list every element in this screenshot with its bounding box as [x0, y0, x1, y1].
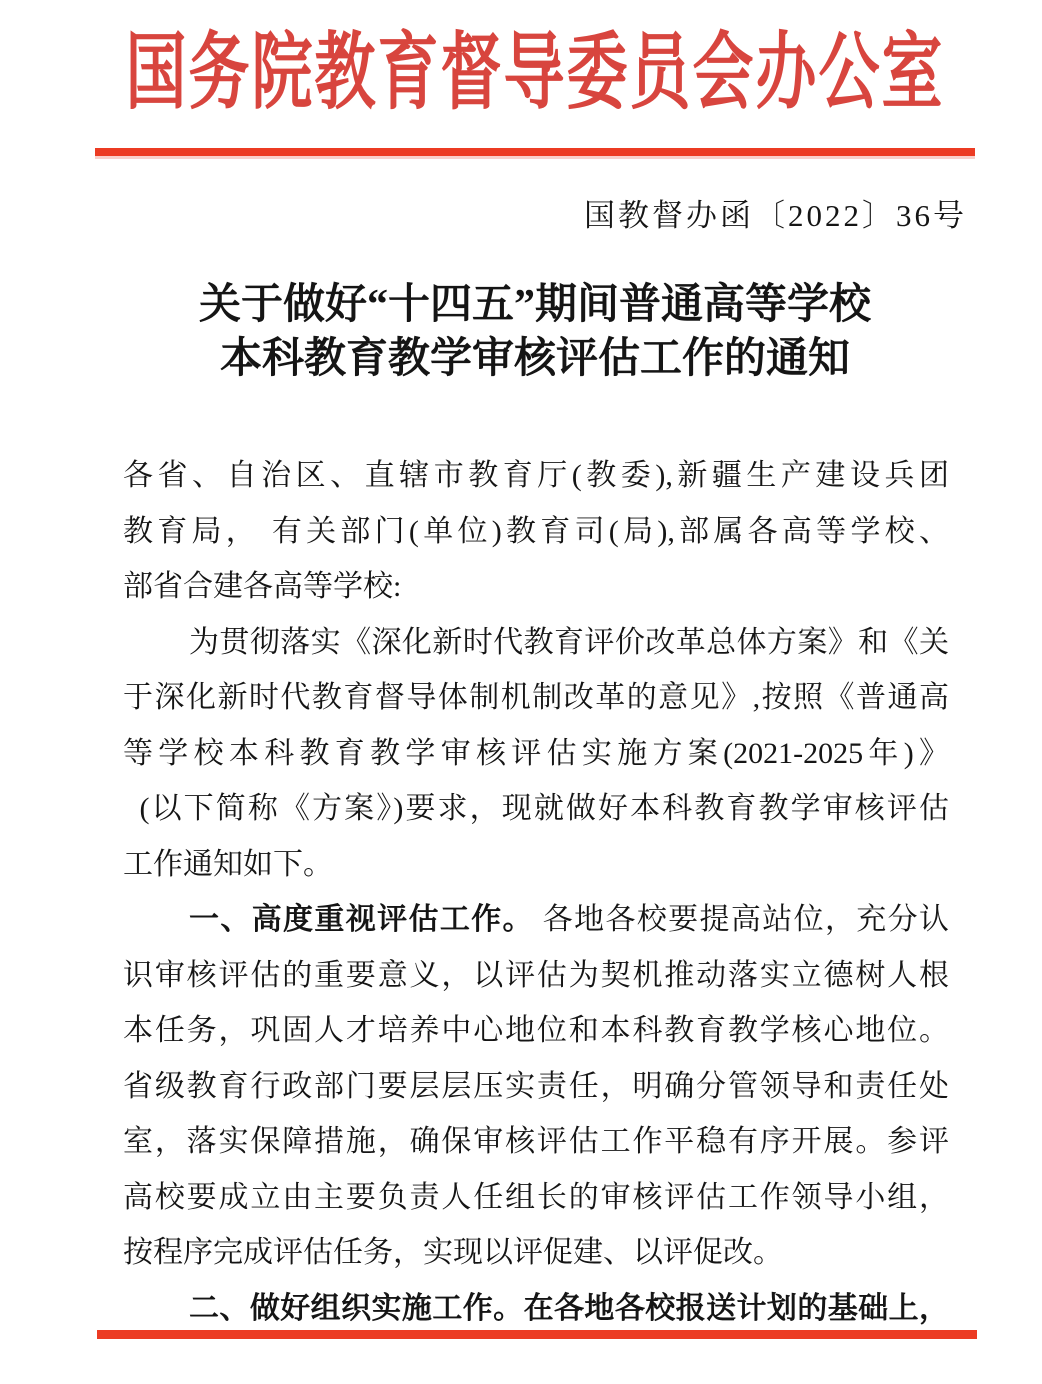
section-heading-text: 二、做好组织实施工作。在各地各校报送计划的基础上， — [189, 1292, 949, 1325]
body-line: 为贯彻落实《深化新时代教育评价改革总体方案》和《关 — [123, 615, 949, 671]
body-text: 各地各校要提高站位，充分认 — [534, 903, 949, 936]
body-line: 识审核评估的重要意义，以评估为契机推动落实立德树人根 — [123, 948, 949, 1004]
doc-number: 国教督办函〔2022〕36号 — [95, 196, 967, 236]
body-line: 一、高度重视评估工作。 各地各校要提高站位，充分认 — [123, 892, 949, 948]
notice-title-line1: 关于做好“十四五”期间普通高等学校 — [95, 278, 975, 332]
letterhead-title: 国务院教育督导委员会办公室 — [125, 0, 944, 159]
body-text: 按程序完成评估任务，实现以评促建、以评促改。 — [123, 1236, 783, 1269]
body-line: (以下简称《方案》)要求，现就做好本科教育教学审核评估 — [123, 781, 949, 837]
body-line: 室，落实保障措施，确保审核评估工作平稳有序开展。参评 — [123, 1114, 949, 1170]
body-text: 部省合建各高等学校: — [123, 570, 401, 603]
body-text: 为贯彻落实《深化新时代教育评价改革总体方案》和《关 — [189, 626, 949, 659]
body-line: 二、做好组织实施工作。在各地各校报送计划的基础上， — [123, 1281, 949, 1337]
notice-title: 关于做好“十四五”期间普通高等学校 本科教育教学审核评估工作的通知 — [95, 278, 975, 386]
body-text: 各省、自治区、直辖市教育厅(教委),新疆生产建设兵团 — [123, 459, 949, 492]
body-text: 工作通知如下。 — [123, 848, 333, 881]
body-line: 教育局， 有关部门(单位)教育司(局),部属各高等学校、 — [123, 504, 949, 560]
body-line: 省级教育行政部门要层层压实责任，明确分管领导和责任处 — [123, 1059, 949, 1115]
header-separator-line — [95, 148, 975, 156]
body-text: 等学校本科教育教学审核评估实施方案(2021-2025年)》 — [123, 737, 949, 770]
body-line: 等学校本科教育教学审核评估实施方案(2021-2025年)》 — [123, 726, 949, 782]
body-line: 工作通知如下。 — [123, 837, 949, 893]
body-text: 省级教育行政部门要层层压实责任，明确分管领导和责任处 — [123, 1070, 949, 1103]
body-text: 室，落实保障措施，确保审核评估工作平稳有序开展。参评 — [123, 1125, 949, 1158]
bottom-page-line — [97, 1330, 977, 1339]
body-text: (以下简称《方案》)要求，现就做好本科教育教学审核评估 — [140, 792, 950, 825]
notice-title-line2: 本科教育教学审核评估工作的通知 — [95, 332, 975, 386]
body-line: 高校要成立由主要负责人任组长的审核评估工作领导小组， — [123, 1170, 949, 1226]
body-text: 高校要成立由主要负责人任组长的审核评估工作领导小组， — [123, 1181, 949, 1214]
document-page: 国务院教育督导委员会办公室 国教督办函〔2022〕36号 关于做好“十四五”期间… — [0, 0, 1042, 1384]
body-text: 识审核评估的重要意义，以评估为契机推动落实立德树人根 — [123, 959, 949, 992]
body-text: 于深化新时代教育督导体制机制改革的意见》,按照《普通高 — [123, 681, 949, 714]
body-line: 各省、自治区、直辖市教育厅(教委),新疆生产建设兵团 — [123, 448, 949, 504]
body-lines: 各省、自治区、直辖市教育厅(教委),新疆生产建设兵团教育局， 有关部门(单位)教… — [123, 448, 949, 1336]
section-heading-text: 一、高度重视评估工作。 — [189, 903, 534, 936]
body-text: 教育局， 有关部门(单位)教育司(局),部属各高等学校、 — [123, 515, 949, 548]
letterhead: 国务院教育督导委员会办公室 — [95, 14, 975, 136]
body-line: 于深化新时代教育督导体制机制改革的意见》,按照《普通高 — [123, 670, 949, 726]
body-text: 本任务，巩固人才培养中心地位和本科教育教学核心地位。 — [123, 1014, 949, 1047]
body-line: 按程序完成评估任务，实现以评促建、以评促改。 — [123, 1225, 949, 1281]
body-line: 部省合建各高等学校: — [123, 559, 949, 615]
body-line: 本任务，巩固人才培养中心地位和本科教育教学核心地位。 — [123, 1003, 949, 1059]
